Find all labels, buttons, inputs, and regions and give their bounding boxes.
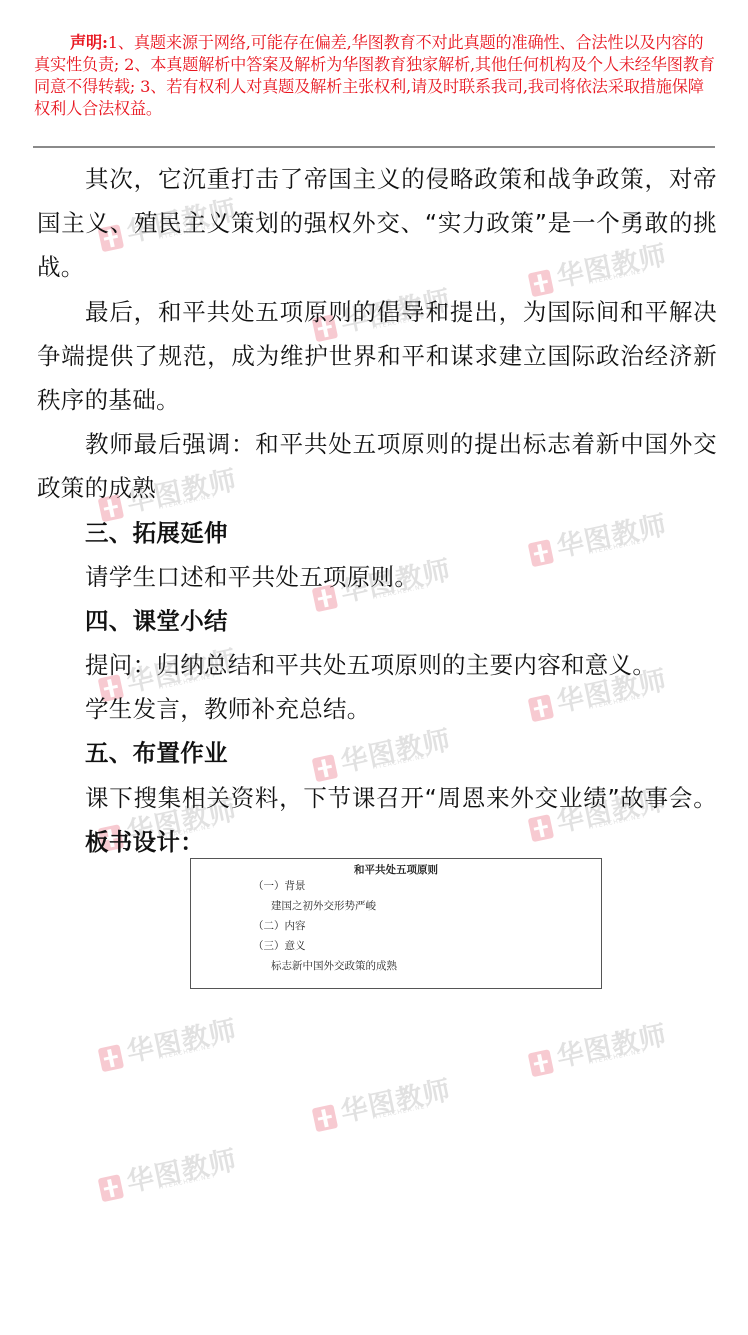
watermark-logo-icon — [528, 1049, 555, 1077]
watermark-subtext: HTEACHER.NET — [588, 1047, 646, 1066]
paragraph-line: 课下搜集相关资料，下节课召开“周恩来外交业绩”故事会。 — [37, 776, 717, 820]
watermark-text: 华图教师 — [123, 1008, 241, 1069]
paragraph-line: 其次，它沉重打击了帝国主义的侵略政策和战争政策，对帝 — [37, 157, 717, 201]
watermark-subtext: HTEACHER.NET — [158, 1172, 216, 1191]
disclaimer-label: 声明: — [70, 33, 108, 52]
board-item: 标志新中国外交政策的成熟 — [271, 958, 397, 973]
disclaimer: 声明:1、真题来源于网络,可能存在偏差,华图教育不对此真题的准确性、合法性以及内… — [34, 32, 716, 120]
watermark-text: 华图教师 — [123, 1138, 241, 1199]
paragraph-line: 国主义、殖民主义策划的强权外交、“实力政策”是一个勇敢的挑 — [37, 201, 717, 245]
paragraph-line: 教师最后强调：和平共处五项原则的提出标志着新中国外交 — [37, 422, 717, 466]
board-item: （三）意义 — [253, 938, 306, 953]
watermark-logo-icon — [312, 1104, 339, 1132]
separator-line — [33, 146, 715, 148]
document-body: 其次，它沉重打击了帝国主义的侵略政策和战争政策，对帝 国主义、殖民主义策划的强权… — [37, 157, 717, 864]
board-item: （一）背景 — [253, 878, 306, 893]
disclaimer-text: 1、真题来源于网络,可能存在偏差,华图教育不对此真题的准确性、合法性以及内容的真… — [34, 33, 715, 118]
paragraph-line: 请学生口述和平共处五项原则。 — [37, 555, 717, 599]
watermark-logo-icon — [98, 1174, 125, 1202]
board-item: （二）内容 — [253, 918, 306, 933]
watermark-text: 华图教师 — [553, 1013, 671, 1074]
watermark: 华图教师HTEACHER.NET — [95, 1136, 242, 1210]
paragraph-line: 最后，和平共处五项原则的倡导和提出，为国际间和平解决 — [37, 290, 717, 334]
paragraph-line: 争端提供了规范，成为维护世界和平和谋求建立国际政治经济新 — [37, 334, 717, 378]
watermark: 华图教师HTEACHER.NET — [309, 1066, 456, 1140]
section-heading-extension: 三、拓展延伸 — [37, 511, 717, 555]
paragraph-line: 提问：归纳总结和平共处五项原则的主要内容和意义。 — [37, 643, 717, 687]
watermark-subtext: HTEACHER.NET — [158, 1042, 216, 1061]
watermark: 华图教师HTEACHER.NET — [95, 1006, 242, 1080]
paragraph-line: 学生发言，教师补充总结。 — [37, 687, 717, 731]
paragraph-line: 秩序的基础。 — [37, 378, 717, 422]
board-title: 和平共处五项原则 — [191, 862, 601, 877]
board-item: 建国之初外交形势严峻 — [271, 898, 376, 913]
board-design-box: 和平共处五项原则 （一）背景 建国之初外交形势严峻 （二）内容 （三）意义 标志… — [190, 858, 602, 989]
section-heading-homework: 五、布置作业 — [37, 731, 717, 775]
watermark-subtext: HTEACHER.NET — [372, 1102, 430, 1121]
watermark: 华图教师HTEACHER.NET — [525, 1011, 672, 1085]
watermark-logo-icon — [98, 1044, 125, 1072]
watermark-text: 华图教师 — [337, 1068, 455, 1129]
paragraph-line: 政策的成熟 — [37, 466, 717, 510]
section-heading-summary: 四、课堂小结 — [37, 599, 717, 643]
paragraph-line: 战。 — [37, 245, 717, 289]
